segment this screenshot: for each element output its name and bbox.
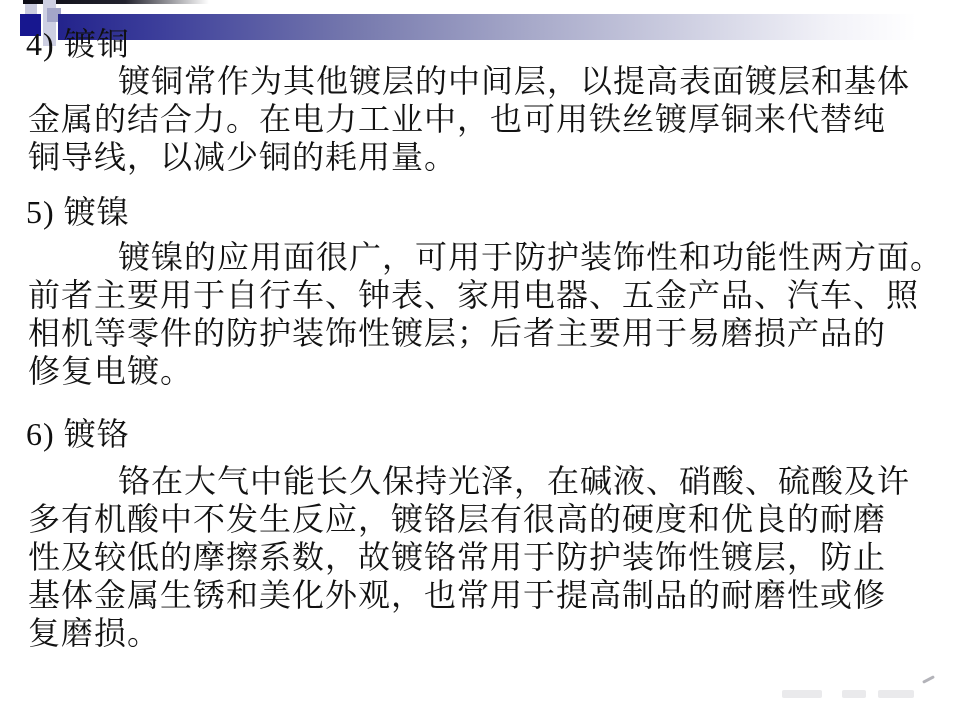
section-nickel-heading: 5) 镀镍 bbox=[26, 194, 130, 230]
watermark-smudge bbox=[878, 690, 914, 698]
section-copper-heading: 4) 镀铜 bbox=[26, 26, 130, 62]
section-nickel-body: 镀镍的应用面很广，可用于防护装饰性和功能性两方面。 前者主要用于自行车、钟表、家… bbox=[28, 238, 944, 390]
watermark-smudge bbox=[842, 690, 866, 698]
deco-gradient-bar bbox=[58, 14, 916, 40]
section-chromium-heading: 6) 镀铬 bbox=[26, 416, 130, 452]
cursor-mark bbox=[922, 675, 935, 684]
watermark-smudge bbox=[782, 690, 822, 698]
section-copper-body: 镀铜常作为其他镀层的中间层，以提高表面镀层和基体 金属的结合力。在电力工业中，也… bbox=[28, 62, 944, 176]
section-chromium-body: 铬在大气中能长久保持光泽，在碱液、硝酸、硫酸及许 多有机酸中不发生反应，镀铬层有… bbox=[28, 462, 944, 652]
presentation-slide: 4) 镀铜 镀铜常作为其他镀层的中间层，以提高表面镀层和基体 金属的结合力。在电… bbox=[0, 0, 960, 720]
